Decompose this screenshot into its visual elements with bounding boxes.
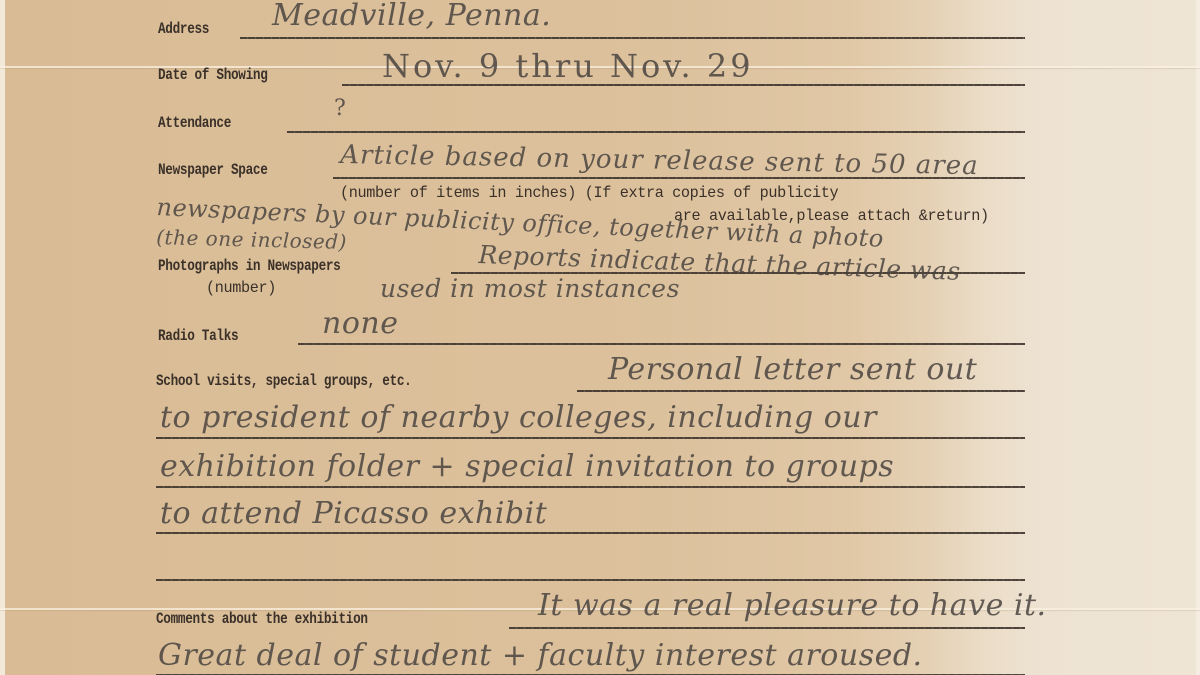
comments-value-line-1: It was a real pleasure to have it. [538,588,1047,623]
school-visits-line-1 [577,390,1025,392]
school-visits-line-4 [156,532,1025,534]
radio-talks-line [298,343,1025,345]
newspaper-space-label: Newspaper Space [158,161,267,179]
comments-line-1 [509,627,1025,629]
school-visits-value-line-1: Personal letter sent out [608,352,977,387]
school-visits-label: School visits, special groups, etc. [156,372,411,390]
school-visits-line-2 [156,437,1025,439]
date-of-showing-label: Date of Showing [158,66,267,84]
school-visits-value-line-4: to attend Picasso exhibit [160,496,547,531]
comments-value-line-2: Great deal of student + faculty interest… [158,638,923,673]
school-visits-line-5 [156,579,1025,581]
radio-talks-label: Radio Talks [158,327,238,345]
address-line [240,37,1025,39]
attendance-value: ? [334,96,346,121]
school-visits-line-3 [156,486,1025,488]
photographs-sublabel: (number) [206,279,276,297]
attendance-line [287,131,1025,133]
date-of-showing-value: Nov. 9 thru Nov. 29 [382,47,754,85]
school-visits-value-line-3: exhibition folder + special invitation t… [160,449,894,484]
paper-faded-area [930,0,1200,675]
comments-label: Comments about the exhibition [156,610,368,628]
address-value: Meadville, Penna. [272,0,551,33]
address-label: Address [158,20,209,38]
photographs-value-line-2: used in most instances [380,274,680,303]
attendance-label: Attendance [158,114,231,132]
photographs-label: Photographs in Newspapers [158,257,340,275]
newspaper-space-note-1: (number of items in inches) (If extra co… [340,184,838,202]
paper-edge-right [1196,0,1200,675]
paper-edge-left [0,0,5,675]
newspaper-space-value-line-1: Article based on your release sent to 50… [340,140,979,181]
newspaper-space-value-line-3: (the one inclosed) [156,225,347,254]
radio-talks-value: none [322,306,398,341]
school-visits-value-line-2: to president of nearby colleges, includi… [160,400,877,435]
